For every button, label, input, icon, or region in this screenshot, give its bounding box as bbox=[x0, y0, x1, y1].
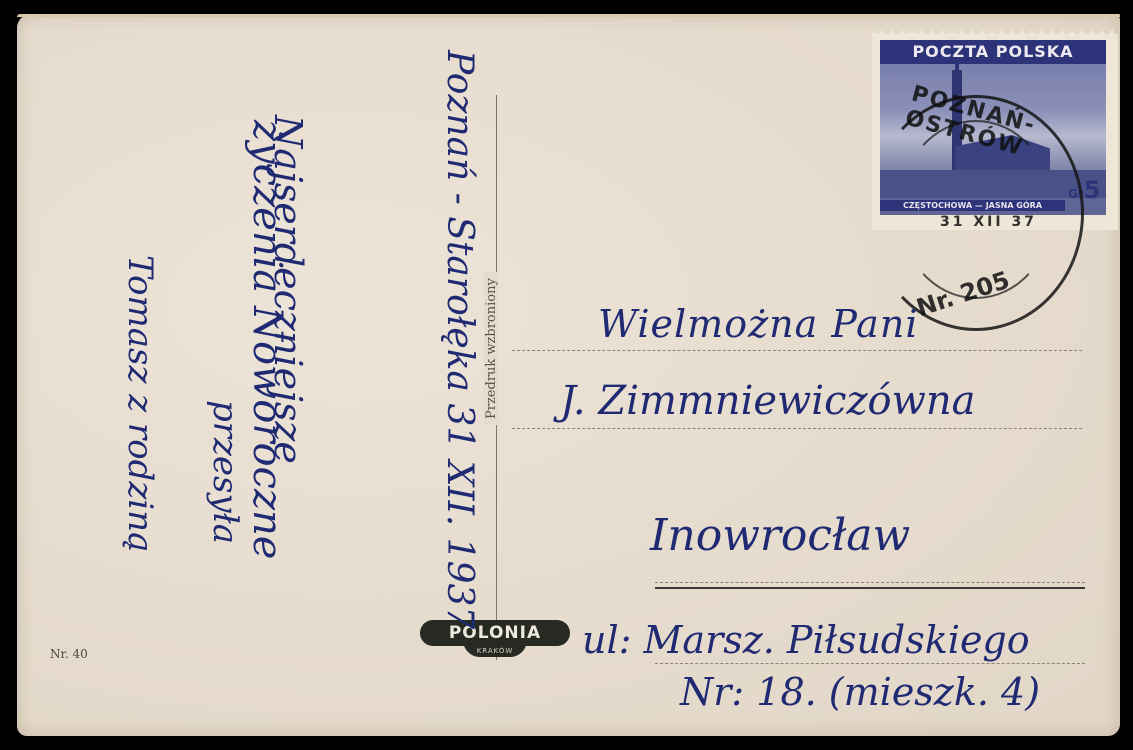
address-recipient-title: Wielmożna Pani bbox=[598, 302, 918, 346]
publisher-city: KRAKÓW bbox=[463, 640, 527, 657]
address-line-1 bbox=[512, 350, 1082, 351]
address-number: Nr: 18. (mieszk. 4) bbox=[680, 670, 1040, 714]
address-street: ul: Marsz. Piłsudskiego bbox=[582, 618, 1030, 662]
message-place-date: Poznań - Starołęka 31 XII. 1937 bbox=[439, 50, 480, 629]
message-signature: Tomasz z rodziną bbox=[120, 255, 160, 552]
address-line-3 bbox=[655, 582, 1085, 583]
stamp-country: POCZTA POLSKA bbox=[880, 40, 1106, 64]
address-line-2 bbox=[512, 428, 1082, 429]
address-line-3-underline bbox=[655, 587, 1085, 589]
message-line-2: życzenia Noworoczne bbox=[244, 120, 290, 559]
address-line-4 bbox=[655, 663, 1085, 664]
postmark-date: 31 XII 37 bbox=[940, 214, 1037, 230]
series-number: Nr. 40 bbox=[50, 647, 88, 661]
address-city: Inowrocław bbox=[650, 510, 910, 561]
message-line-3: przesyła bbox=[205, 400, 245, 544]
card-edge bbox=[17, 14, 1120, 17]
address-recipient-name: J. Zimmniewiczówna bbox=[560, 378, 975, 424]
